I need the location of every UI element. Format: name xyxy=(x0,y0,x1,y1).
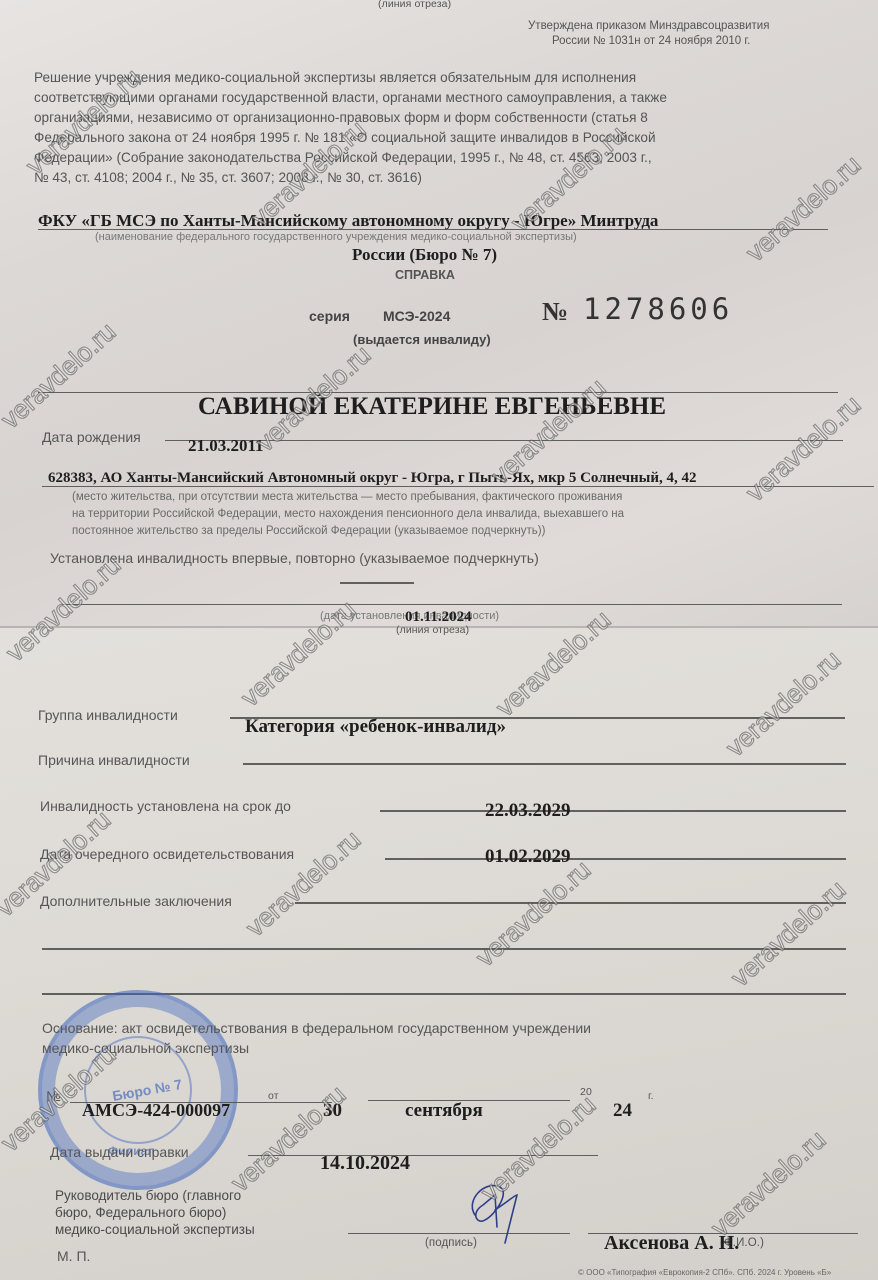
institution-hint: (наименование федерального государственн… xyxy=(95,231,577,243)
legal-line: Федерального закона от 24 ноября 1995 г.… xyxy=(34,128,834,148)
term-value: 22.03.2029 xyxy=(485,800,571,822)
act-year-suffix: г. xyxy=(648,1090,654,1102)
additional-label: Дополнительные заключения xyxy=(40,893,232,909)
cut-line-label-top: (линия отреза) xyxy=(378,0,451,10)
legal-line: Решение учреждения медико-социальной экс… xyxy=(34,68,834,88)
head-label-line: бюро, Федерального бюро) xyxy=(55,1204,255,1221)
address-hint: (место жительства, при отсутствии места … xyxy=(72,489,624,540)
approval-line-2: России № 1031н от 24 ноября 2010 г. xyxy=(552,35,750,47)
head-name: Аксенова А. Н. xyxy=(604,1232,739,1255)
term-label: Инвалидность установлена на срок до xyxy=(40,798,291,814)
next-exam-value: 01.02.2029 xyxy=(485,846,571,868)
legal-line: организациями, независимо от организацио… xyxy=(34,108,834,128)
signature-icon xyxy=(455,1165,545,1250)
institution-name-line-1: ФКУ «ГБ МСЭ по Ханты-Мансийскому автоном… xyxy=(38,211,658,231)
basis-line-2: медико-социальной экспертизы xyxy=(42,1040,249,1056)
series-label: серия xyxy=(309,308,350,324)
basis-line-1: Основание: акт освидетельствования в фед… xyxy=(42,1020,591,1036)
issue-date: 14.10.2024 xyxy=(320,1152,410,1175)
number-sign: № xyxy=(542,297,568,327)
next-exam-label: Дата очередного освидетельствования xyxy=(40,846,294,862)
disability-reason-label: Причина инвалидности xyxy=(38,752,190,768)
legal-line: № 43, ст. 4108; 2004 г., № 35, ст. 3607;… xyxy=(34,168,834,188)
head-label-line: Руководитель бюро (главного xyxy=(55,1187,255,1204)
series-value: МСЭ-2024 xyxy=(383,308,450,324)
head-label-line: медико-социальной экспертизы xyxy=(55,1221,255,1238)
act-month: сентября xyxy=(405,1100,483,1122)
institution-name-line-2: России (Бюро № 7) xyxy=(352,245,497,265)
cut-line-label-bottom: (линия отреза) xyxy=(396,624,469,636)
document-type: СПРАВКА xyxy=(395,268,455,282)
issue-date-label: Дата выдачи справки xyxy=(50,1144,189,1160)
certificate-top-part: (линия отреза) Утверждена приказом Минзд… xyxy=(0,0,878,628)
head-label: Руководитель бюро (главного бюро, Федера… xyxy=(55,1187,255,1238)
approval-line-1: Утверждена приказом Минздравсоцразвития xyxy=(528,20,769,32)
established-label: Установлена инвалидность впервые, повтор… xyxy=(50,550,539,566)
recipient-address: 628383, АО Ханты-Мансийский Автономный о… xyxy=(48,470,697,487)
act-number: АМСЭ-424-000097 xyxy=(82,1100,230,1121)
recipient-name: САВИНОЙ ЕКАТЕРИНЕ ЕВГЕНЬЕВНЕ xyxy=(198,393,666,421)
address-hint-line: на территории Российской Федерации, мест… xyxy=(72,506,624,523)
legal-line: соответствующими органами государственно… xyxy=(34,88,834,108)
legal-line: Федерации» (Собрание законодательства Ро… xyxy=(34,148,834,168)
issued-to-hint: (выдается инвалиду) xyxy=(353,332,491,347)
act-from-label: от xyxy=(268,1090,279,1102)
act-day: 30 xyxy=(323,1100,342,1122)
act-number-label: № xyxy=(46,1088,61,1104)
birth-date-label: Дата рождения xyxy=(42,429,141,445)
address-hint-line: (место жительства, при отсутствии места … xyxy=(72,489,624,506)
legal-paragraph: Решение учреждения медико-социальной экс… xyxy=(34,68,834,188)
disability-group-value: Категория «ребенок-инвалид» xyxy=(245,716,506,738)
address-hint-line: постоянное жительство за пределы Российс… xyxy=(72,523,624,540)
certificate-number: 1278606 xyxy=(583,292,733,326)
seal-label: М. П. xyxy=(57,1248,90,1264)
disability-group-label: Группа инвалидности xyxy=(38,707,178,723)
act-year-prefix: 20 xyxy=(580,1086,592,1098)
printer-info: © ООО «Типография «Еврокопия-2 СПб». СПб… xyxy=(578,1268,831,1277)
act-year: 24 xyxy=(613,1100,632,1122)
birth-date: 21.03.2011 xyxy=(188,436,264,456)
